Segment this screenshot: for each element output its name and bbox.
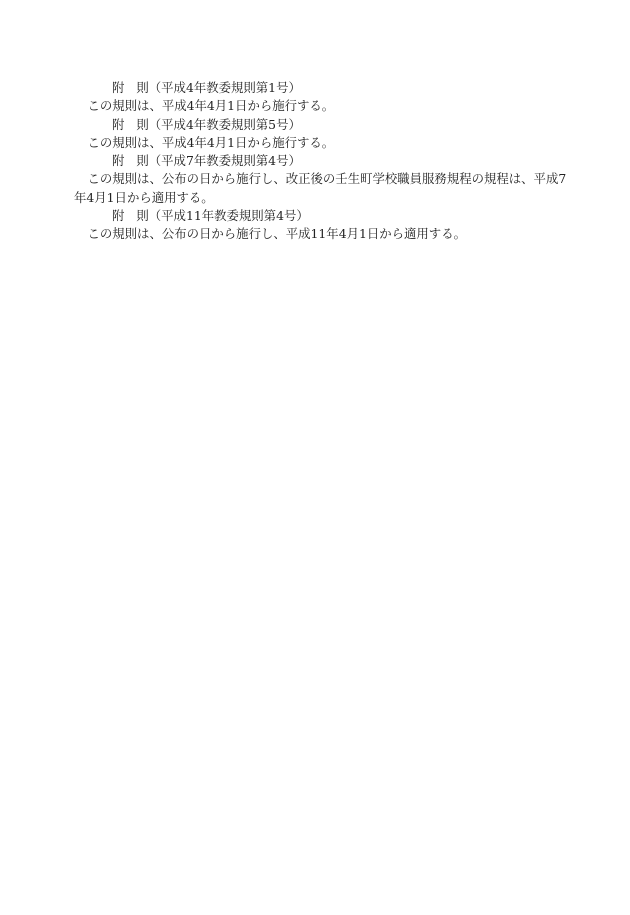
heading-char-1: 附	[112, 80, 124, 95]
supplementary-provision-heading: 附則（平成7年教委規則第4号）	[75, 152, 545, 170]
heading-char-1: 附	[112, 208, 124, 223]
regulation-reference: （平成4年教委規則第5号）	[149, 117, 301, 132]
document-page: 附則（平成4年教委規則第1号） この規則は、平成4年4月1日から施行する。 附則…	[75, 79, 545, 244]
supplementary-provision-heading: 附則（平成11年教委規則第4号）	[75, 207, 545, 225]
supplementary-provision-heading: 附則（平成4年教委規則第1号）	[75, 79, 545, 97]
provision-text: この規則は、平成4年4月1日から施行する。	[75, 134, 545, 152]
regulation-reference: （平成7年教委規則第4号）	[149, 153, 301, 168]
heading-char-2: 則	[136, 153, 148, 168]
provision-text: この規則は、公布の日から施行し、平成11年4月1日から適用する。	[75, 225, 545, 243]
heading-char-2: 則	[136, 117, 148, 132]
regulation-reference: （平成4年教委規則第1号）	[149, 80, 301, 95]
supplementary-provision-heading: 附則（平成4年教委規則第5号）	[75, 116, 545, 134]
heading-char-2: 則	[136, 80, 148, 95]
provision-text: この規則は、平成4年4月1日から施行する。	[75, 97, 545, 115]
heading-char-1: 附	[112, 153, 124, 168]
regulation-reference: （平成11年教委規則第4号）	[149, 208, 309, 223]
heading-char-1: 附	[112, 117, 124, 132]
heading-char-2: 則	[136, 208, 148, 223]
provision-text: この規則は、公布の日から施行し、改正後の壬生町学校職員服務規程の規程は、平成7	[75, 170, 545, 188]
provision-text-continuation: 年4月1日から適用する。	[74, 189, 545, 207]
